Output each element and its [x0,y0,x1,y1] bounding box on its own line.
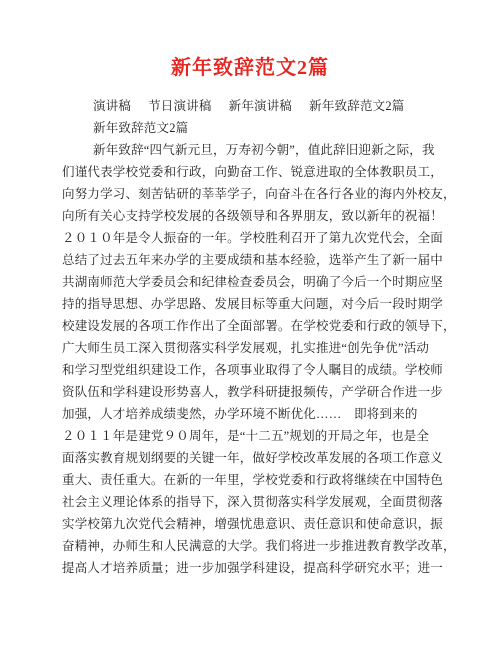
paragraph-line: 奋精神，办师生和人民满意的大学。我们将进一步推进教育教学改革， [62,535,444,557]
paragraph-line: ２０１１年是建党９０周年，是“十二五”规划的开局之年，也是全 [62,425,444,447]
paragraph-line: 向所有关心支持学校发展的各级领导和各界朋友，致以新年的祝福！ [62,205,444,227]
breadcrumb-item: 节日演讲稿 [148,99,212,113]
paragraph-line: 向努力学习、刻苦钻研的莘莘学子，向奋斗在各行各业的海内外校友， [62,183,444,205]
paragraph-line: 们谨代表学校党委和行政，向勤奋工作、锐意进取的全体教职员工， [62,161,444,183]
paragraph-line: 共湖南师范大学委员会和纪律检查委员会，明确了今后一个时期应坚 [62,271,444,293]
paragraph-line: 和学习型党组织建设工作，各项事业取得了令人瞩目的成绩。学校师 [62,359,444,381]
paragraph-line: 面落实教育规划纲要的关键一年，做好学校改革发展的各项工作意义 [62,447,444,469]
breadcrumb-item: 新年演讲稿 [229,99,293,113]
doc-subtitle: 新年致辞范文2篇 [62,117,444,139]
paragraph-line: 加强，人才培养成绩斐然，办学环境不断优化…… 即将到来的 [62,403,444,425]
paragraph-line: 校建设发展的各项工作作出了全面部署。在学校党委和行政的领导下， [62,315,444,337]
paragraph-line: 实学校第九次党代会精神，增强忧患意识、责任意识和使命意识，振 [62,513,444,535]
paragraph-line: 总结了过去五年来办学的主要成绩和基本经验，选举产生了新一届中 [62,249,444,271]
breadcrumb-item: 演讲稿 [93,99,131,113]
document-page: 新年致辞范文2篇 演讲稿节日演讲稿新年演讲稿新年致辞范文2篇 新年致辞范文2篇 … [0,0,500,647]
breadcrumb: 演讲稿节日演讲稿新年演讲稿新年致辞范文2篇 [62,95,444,117]
breadcrumb-item: 新年致辞范文2篇 [309,99,404,113]
paragraph-line: 持的指导思想、办学思路、发展目标等重大问题，对今后一段时期学 [62,293,444,315]
body-paragraph: 新年致辞“四气新元旦，万寿初今朝”，值此辞旧迎新之际，我们谨代表学校党委和行政，… [62,139,444,579]
paragraph-line: 提高人才培养质量；进一步加强学科建设，提高科学研究水平；进一 [62,557,444,579]
paragraph-line: 广大师生员工深入贯彻落实科学发展观，扎实推进“创先争优”活动 [62,337,444,359]
paragraph-line: 社会主义理论体系的指导下，深入贯彻落实科学发展观，全面贯彻落 [62,491,444,513]
page-title: 新年致辞范文2篇 [0,0,500,82]
paragraph-line: 新年致辞“四气新元旦，万寿初今朝”，值此辞旧迎新之际，我 [62,139,444,161]
paragraph-line: 资队伍和学科建设形势喜人，教学科研捷报频传，产学研合作进一步 [62,381,444,403]
paragraph-line: ２０１０年是令人振奋的一年。学校胜利召开了第九次党代会，全面 [62,227,444,249]
paragraph-line: 重大、责任重大。在新的一年里，学校党委和行政将继续在中国特色 [62,469,444,491]
document-content: 演讲稿节日演讲稿新年演讲稿新年致辞范文2篇 新年致辞范文2篇 新年致辞“四气新元… [62,95,444,579]
